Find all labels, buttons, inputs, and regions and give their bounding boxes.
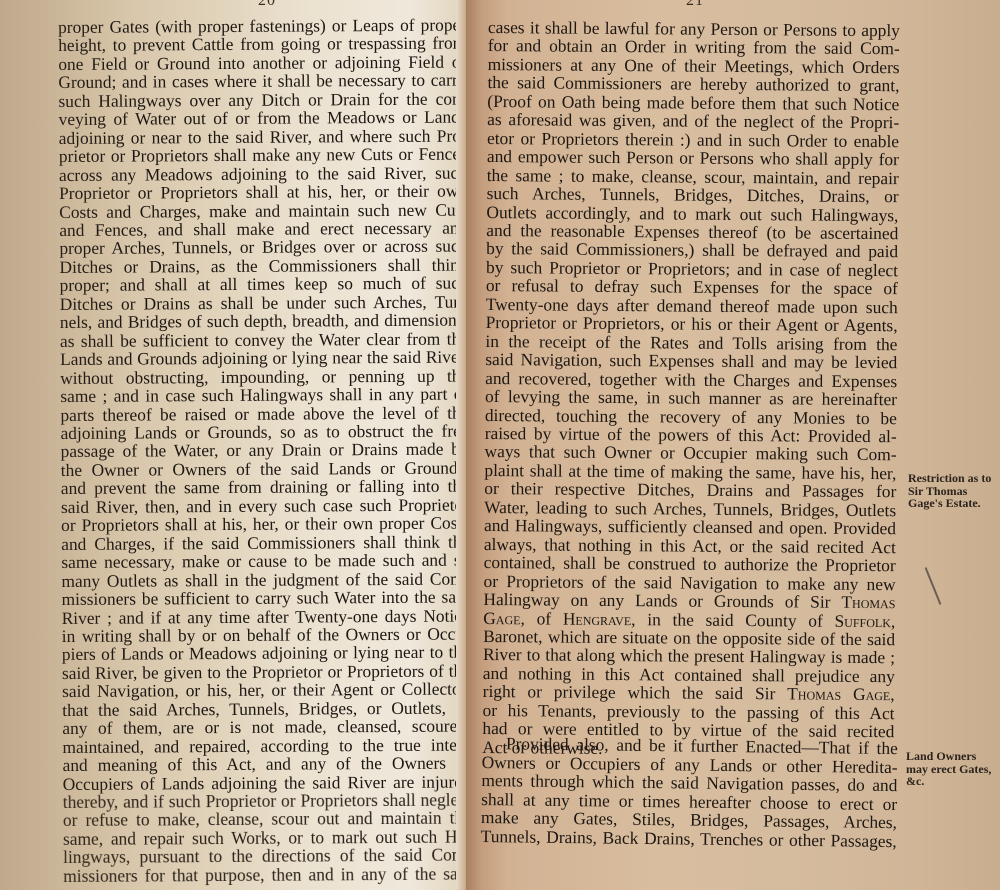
pencil-mark — [925, 567, 942, 605]
margin-note-restriction: Restriction as to Sir Thomas Gage's Esta… — [908, 472, 998, 510]
left-page: 20 proper Gates (with proper fastenings)… — [0, 0, 466, 890]
right-page-text: cases it shall be lawful for any Person … — [482, 18, 900, 759]
right-page: 21 cases it shall be lawful for any Pers… — [466, 0, 1000, 890]
page-number-right: 21 — [686, 0, 704, 10]
left-page-text: proper Gates (with proper fastenings) or… — [58, 16, 466, 886]
text-line: missioners for that purpose, then and in… — [63, 864, 466, 885]
margin-note-land-owners: Land Owners may erect Gates, &c. — [906, 750, 998, 788]
page-number-left: 20 — [258, 0, 276, 10]
text-line: Tunnels, Drains, Back Drains, Trenches o… — [481, 826, 897, 850]
right-page-paragraph-2: Provided also, and be it further Enacted… — [481, 734, 898, 850]
